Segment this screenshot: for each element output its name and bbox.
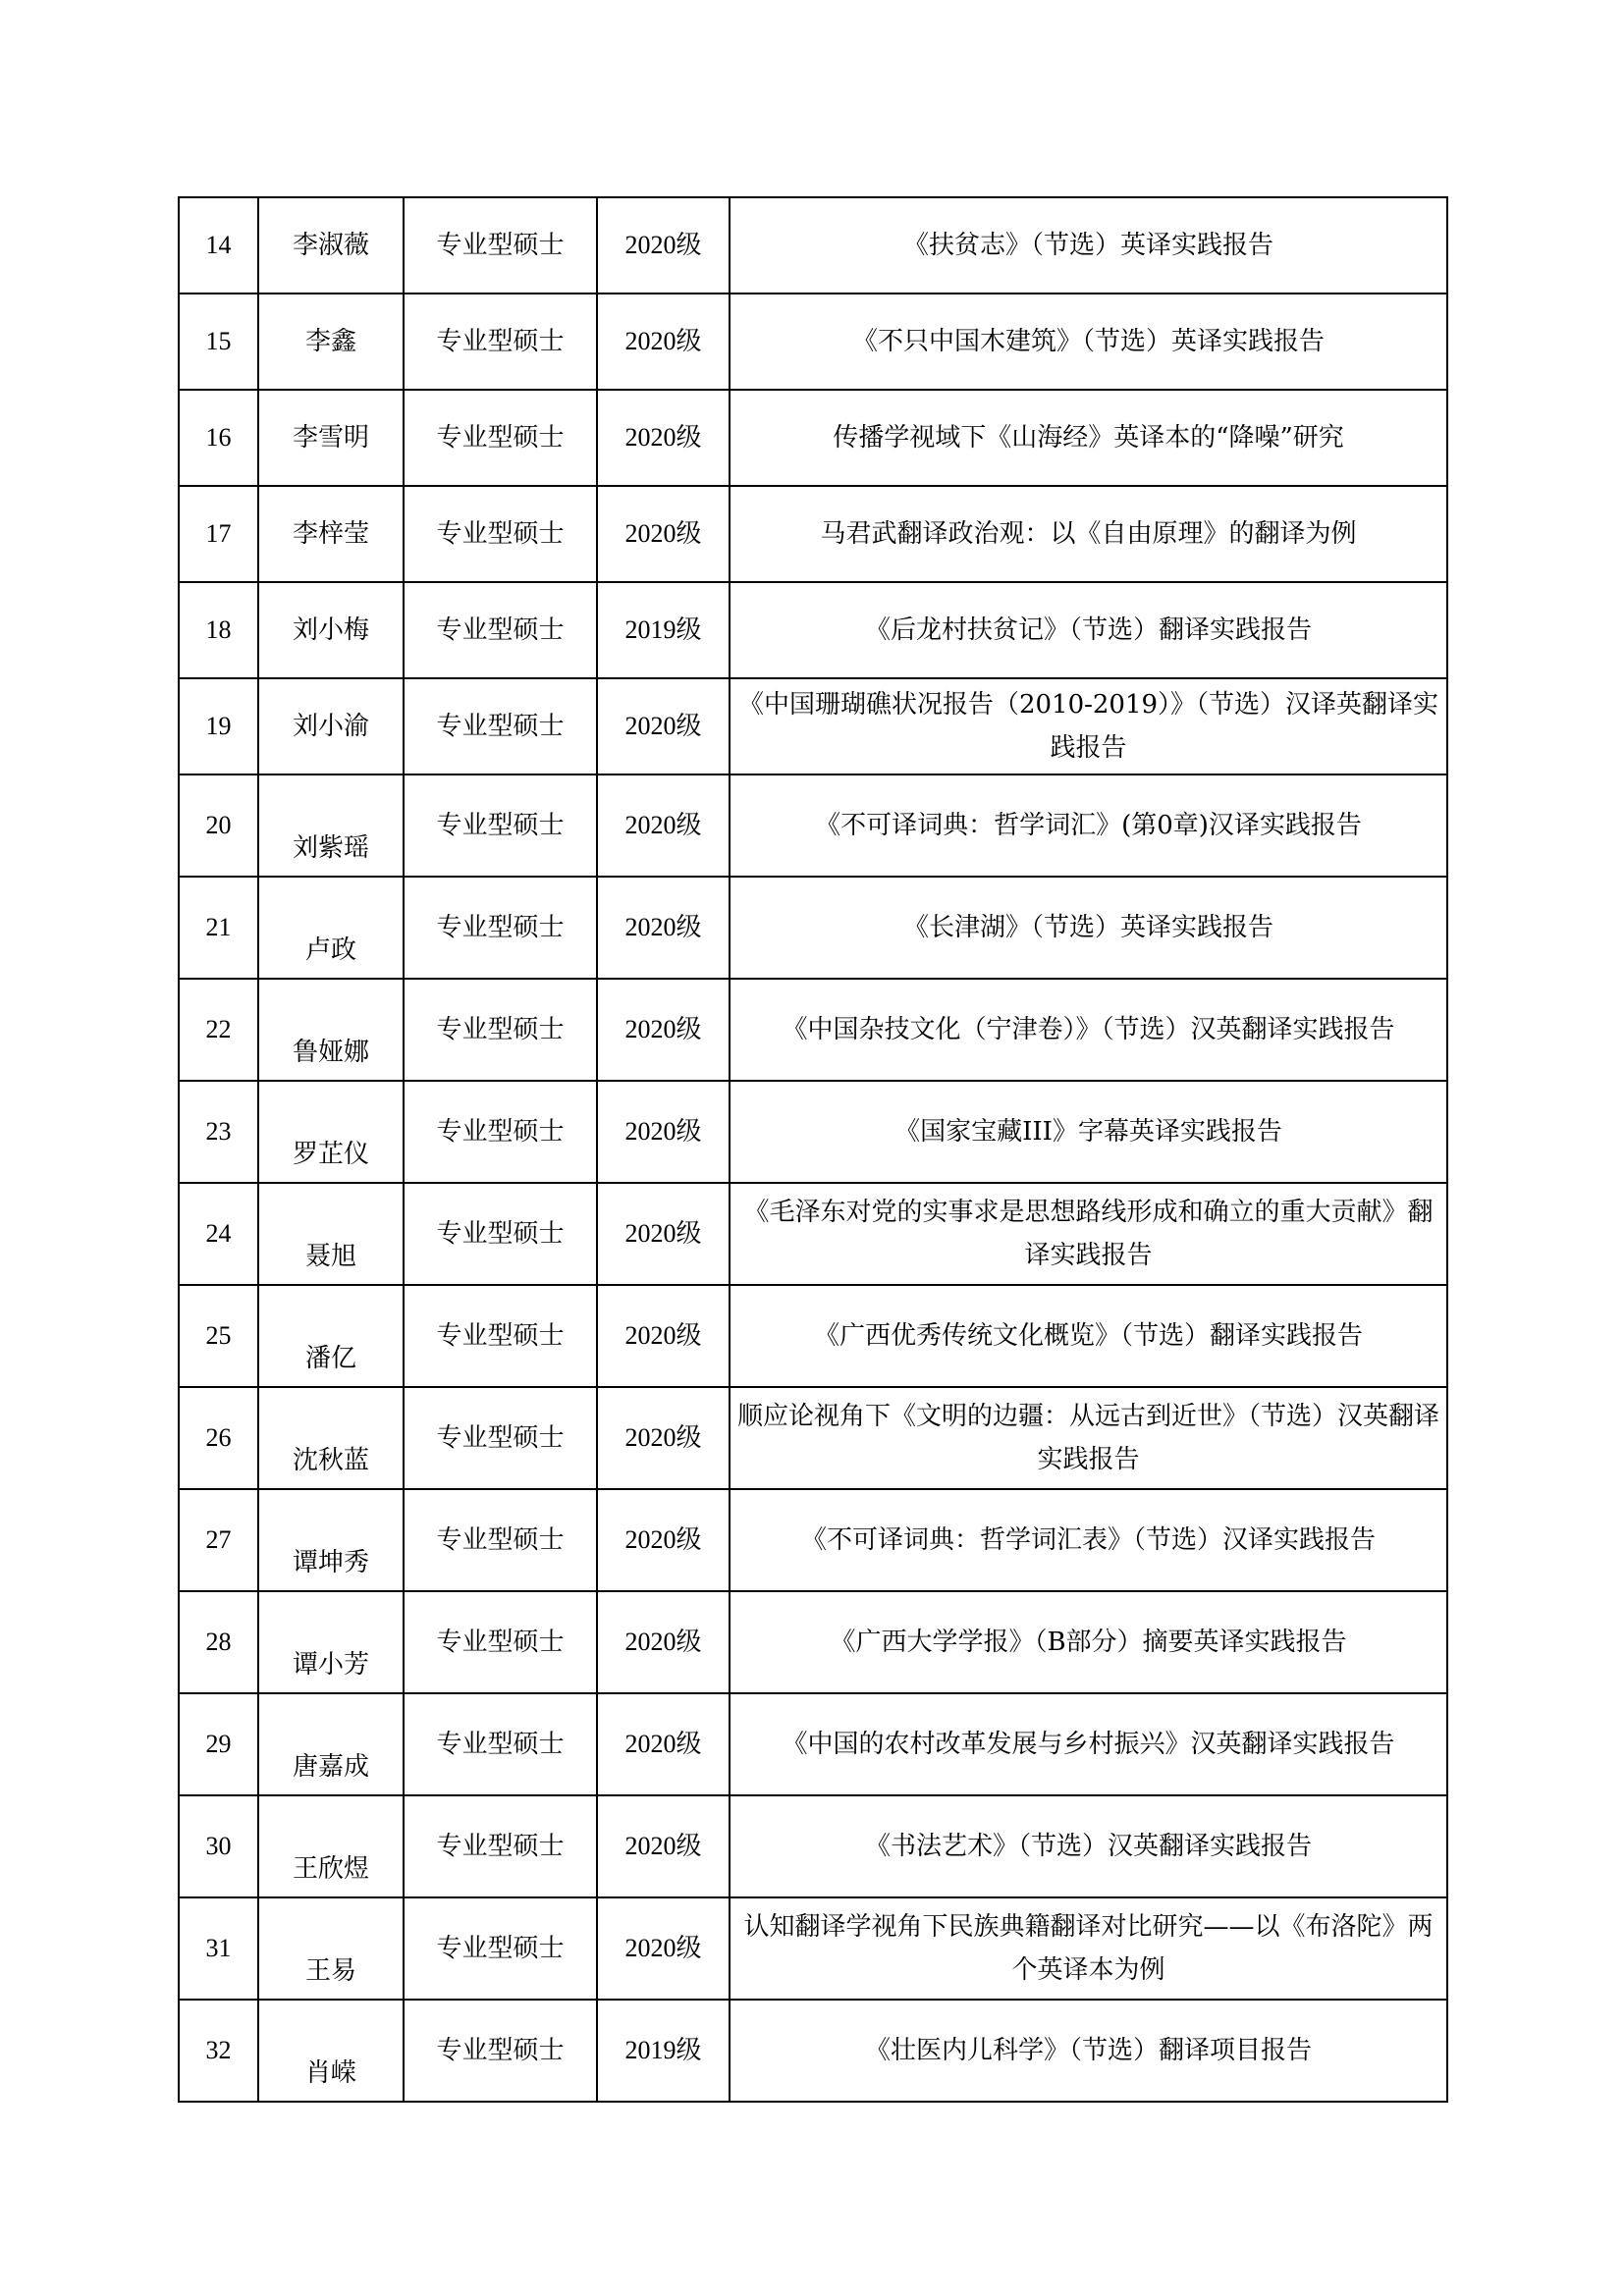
degree-type-cell: 专业型硕士	[404, 294, 597, 390]
student-name-cell: 刘紫瑶	[258, 774, 404, 877]
row-number-cell: 19	[179, 678, 258, 774]
table-row: 29唐嘉成专业型硕士2020级《中国的农村改革发展与乡村振兴》汉英翻译实践报告	[179, 1693, 1447, 1795]
thesis-title-cell: 《长津湖》（节选）英译实践报告	[730, 877, 1447, 979]
table-row: 15李鑫专业型硕士2020级《不只中国木建筑》（节选）英译实践报告	[179, 294, 1447, 390]
table-row: 28谭小芳专业型硕士2020级《广西大学学报》（B部分）摘要英译实践报告	[179, 1591, 1447, 1693]
student-name-cell: 王易	[258, 1897, 404, 2000]
grade-cell: 2020级	[597, 486, 730, 582]
table-row: 30王欣煜专业型硕士2020级《书法艺术》（节选）汉英翻译实践报告	[179, 1795, 1447, 1897]
degree-type-cell: 专业型硕士	[404, 1591, 597, 1693]
student-name-cell: 聂旭	[258, 1183, 404, 1285]
thesis-title-cell: 《壮医内儿科学》（节选）翻译项目报告	[730, 2000, 1447, 2102]
student-name-cell: 唐嘉成	[258, 1693, 404, 1795]
row-number-cell: 16	[179, 390, 258, 486]
degree-type-cell: 专业型硕士	[404, 2000, 597, 2102]
row-number-cell: 23	[179, 1081, 258, 1183]
degree-type-cell: 专业型硕士	[404, 678, 597, 774]
table-row: 20刘紫瑶专业型硕士2020级《不可译词典：哲学词汇》(第0章)汉译实践报告	[179, 774, 1447, 877]
thesis-roster-table: 14李淑薇专业型硕士2020级《扶贫志》（节选）英译实践报告15李鑫专业型硕士2…	[178, 196, 1448, 2103]
degree-type-cell: 专业型硕士	[404, 197, 597, 294]
thesis-title-cell: 《扶贫志》（节选）英译实践报告	[730, 197, 1447, 294]
student-name-cell: 肖嵘	[258, 2000, 404, 2102]
degree-type-cell: 专业型硕士	[404, 1387, 597, 1489]
row-number-cell: 22	[179, 979, 258, 1081]
student-name-cell: 李梓莹	[258, 486, 404, 582]
table-row: 23罗芷仪专业型硕士2020级《国家宝藏III》字幕英译实践报告	[179, 1081, 1447, 1183]
grade-cell: 2020级	[597, 774, 730, 877]
degree-type-cell: 专业型硕士	[404, 774, 597, 877]
thesis-title-cell: 《不只中国木建筑》（节选）英译实践报告	[730, 294, 1447, 390]
table-row: 24聂旭专业型硕士2020级《毛泽东对党的实事求是思想路线形成和确立的重大贡献》…	[179, 1183, 1447, 1285]
thesis-title-cell: 《广西优秀传统文化概览》（节选）翻译实践报告	[730, 1285, 1447, 1387]
row-number-cell: 24	[179, 1183, 258, 1285]
grade-cell: 2019级	[597, 2000, 730, 2102]
grade-cell: 2020级	[597, 1081, 730, 1183]
thesis-title-cell: 顺应论视角下《文明的边疆：从远古到近世》（节选）汉英翻译实践报告	[730, 1387, 1447, 1489]
grade-cell: 2020级	[597, 1897, 730, 2000]
grade-cell: 2020级	[597, 1795, 730, 1897]
grade-cell: 2019级	[597, 582, 730, 678]
thesis-title-cell: 《后龙村扶贫记》（节选）翻译实践报告	[730, 582, 1447, 678]
grade-cell: 2020级	[597, 1489, 730, 1591]
degree-type-cell: 专业型硕士	[404, 1795, 597, 1897]
row-number-cell: 29	[179, 1693, 258, 1795]
table-row: 31王易专业型硕士2020级认知翻译学视角下民族典籍翻译对比研究——以《布洛陀》…	[179, 1897, 1447, 2000]
thesis-title-cell: 《毛泽东对党的实事求是思想路线形成和确立的重大贡献》翻译实践报告	[730, 1183, 1447, 1285]
thesis-title-cell: 传播学视域下《山海经》英译本的“降噪”研究	[730, 390, 1447, 486]
student-name-cell: 李鑫	[258, 294, 404, 390]
table-body: 14李淑薇专业型硕士2020级《扶贫志》（节选）英译实践报告15李鑫专业型硕士2…	[179, 197, 1447, 2102]
table-row: 26沈秋蓝专业型硕士2020级顺应论视角下《文明的边疆：从远古到近世》（节选）汉…	[179, 1387, 1447, 1489]
student-name-cell: 李淑薇	[258, 197, 404, 294]
table-row: 14李淑薇专业型硕士2020级《扶贫志》（节选）英译实践报告	[179, 197, 1447, 294]
grade-cell: 2020级	[597, 390, 730, 486]
degree-type-cell: 专业型硕士	[404, 486, 597, 582]
grade-cell: 2020级	[597, 1591, 730, 1693]
student-name-cell: 刘小渝	[258, 678, 404, 774]
degree-type-cell: 专业型硕士	[404, 1897, 597, 2000]
row-number-cell: 18	[179, 582, 258, 678]
table-row: 25潘亿专业型硕士2020级《广西优秀传统文化概览》（节选）翻译实践报告	[179, 1285, 1447, 1387]
grade-cell: 2020级	[597, 1387, 730, 1489]
row-number-cell: 30	[179, 1795, 258, 1897]
row-number-cell: 15	[179, 294, 258, 390]
grade-cell: 2020级	[597, 678, 730, 774]
degree-type-cell: 专业型硕士	[404, 1081, 597, 1183]
grade-cell: 2020级	[597, 1183, 730, 1285]
row-number-cell: 17	[179, 486, 258, 582]
row-number-cell: 32	[179, 2000, 258, 2102]
table-row: 22鲁娅娜专业型硕士2020级《中国杂技文化（宁津卷）》（节选）汉英翻译实践报告	[179, 979, 1447, 1081]
thesis-title-cell: 《中国珊瑚礁状况报告（2010-2019）》（节选）汉译英翻译实践报告	[730, 678, 1447, 774]
thesis-title-cell: 《中国的农村改革发展与乡村振兴》汉英翻译实践报告	[730, 1693, 1447, 1795]
row-number-cell: 21	[179, 877, 258, 979]
degree-type-cell: 专业型硕士	[404, 1285, 597, 1387]
thesis-title-cell: 认知翻译学视角下民族典籍翻译对比研究——以《布洛陀》两个英译本为例	[730, 1897, 1447, 2000]
table-row: 27谭坤秀专业型硕士2020级《不可译词典：哲学词汇表》（节选）汉译实践报告	[179, 1489, 1447, 1591]
table-row: 19刘小渝专业型硕士2020级《中国珊瑚礁状况报告（2010-2019）》（节选…	[179, 678, 1447, 774]
student-name-cell: 鲁娅娜	[258, 979, 404, 1081]
student-name-cell: 卢政	[258, 877, 404, 979]
student-name-cell: 罗芷仪	[258, 1081, 404, 1183]
degree-type-cell: 专业型硕士	[404, 390, 597, 486]
degree-type-cell: 专业型硕士	[404, 979, 597, 1081]
row-number-cell: 31	[179, 1897, 258, 2000]
document-page: 14李淑薇专业型硕士2020级《扶贫志》（节选）英译实践报告15李鑫专业型硕士2…	[0, 0, 1624, 2296]
student-name-cell: 刘小梅	[258, 582, 404, 678]
thesis-title-cell: 《广西大学学报》（B部分）摘要英译实践报告	[730, 1591, 1447, 1693]
row-number-cell: 28	[179, 1591, 258, 1693]
table-row: 17李梓莹专业型硕士2020级马君武翻译政治观：以《自由原理》的翻译为例	[179, 486, 1447, 582]
table-row: 18刘小梅专业型硕士2019级《后龙村扶贫记》（节选）翻译实践报告	[179, 582, 1447, 678]
grade-cell: 2020级	[597, 1693, 730, 1795]
degree-type-cell: 专业型硕士	[404, 877, 597, 979]
thesis-title-cell: 马君武翻译政治观：以《自由原理》的翻译为例	[730, 486, 1447, 582]
student-name-cell: 王欣煜	[258, 1795, 404, 1897]
grade-cell: 2020级	[597, 979, 730, 1081]
thesis-title-cell: 《不可译词典：哲学词汇》(第0章)汉译实践报告	[730, 774, 1447, 877]
thesis-title-cell: 《中国杂技文化（宁津卷）》（节选）汉英翻译实践报告	[730, 979, 1447, 1081]
degree-type-cell: 专业型硕士	[404, 1489, 597, 1591]
row-number-cell: 27	[179, 1489, 258, 1591]
student-name-cell: 潘亿	[258, 1285, 404, 1387]
table-row: 32肖嵘专业型硕士2019级《壮医内儿科学》（节选）翻译项目报告	[179, 2000, 1447, 2102]
grade-cell: 2020级	[597, 294, 730, 390]
student-name-cell: 沈秋蓝	[258, 1387, 404, 1489]
row-number-cell: 20	[179, 774, 258, 877]
student-name-cell: 李雪明	[258, 390, 404, 486]
grade-cell: 2020级	[597, 877, 730, 979]
table-row: 21卢政专业型硕士2020级《长津湖》（节选）英译实践报告	[179, 877, 1447, 979]
row-number-cell: 26	[179, 1387, 258, 1489]
thesis-title-cell: 《不可译词典：哲学词汇表》（节选）汉译实践报告	[730, 1489, 1447, 1591]
degree-type-cell: 专业型硕士	[404, 582, 597, 678]
degree-type-cell: 专业型硕士	[404, 1693, 597, 1795]
student-name-cell: 谭坤秀	[258, 1489, 404, 1591]
row-number-cell: 25	[179, 1285, 258, 1387]
degree-type-cell: 专业型硕士	[404, 1183, 597, 1285]
grade-cell: 2020级	[597, 197, 730, 294]
grade-cell: 2020级	[597, 1285, 730, 1387]
student-name-cell: 谭小芳	[258, 1591, 404, 1693]
thesis-title-cell: 《书法艺术》（节选）汉英翻译实践报告	[730, 1795, 1447, 1897]
thesis-title-cell: 《国家宝藏III》字幕英译实践报告	[730, 1081, 1447, 1183]
row-number-cell: 14	[179, 197, 258, 294]
table-row: 16李雪明专业型硕士2020级传播学视域下《山海经》英译本的“降噪”研究	[179, 390, 1447, 486]
